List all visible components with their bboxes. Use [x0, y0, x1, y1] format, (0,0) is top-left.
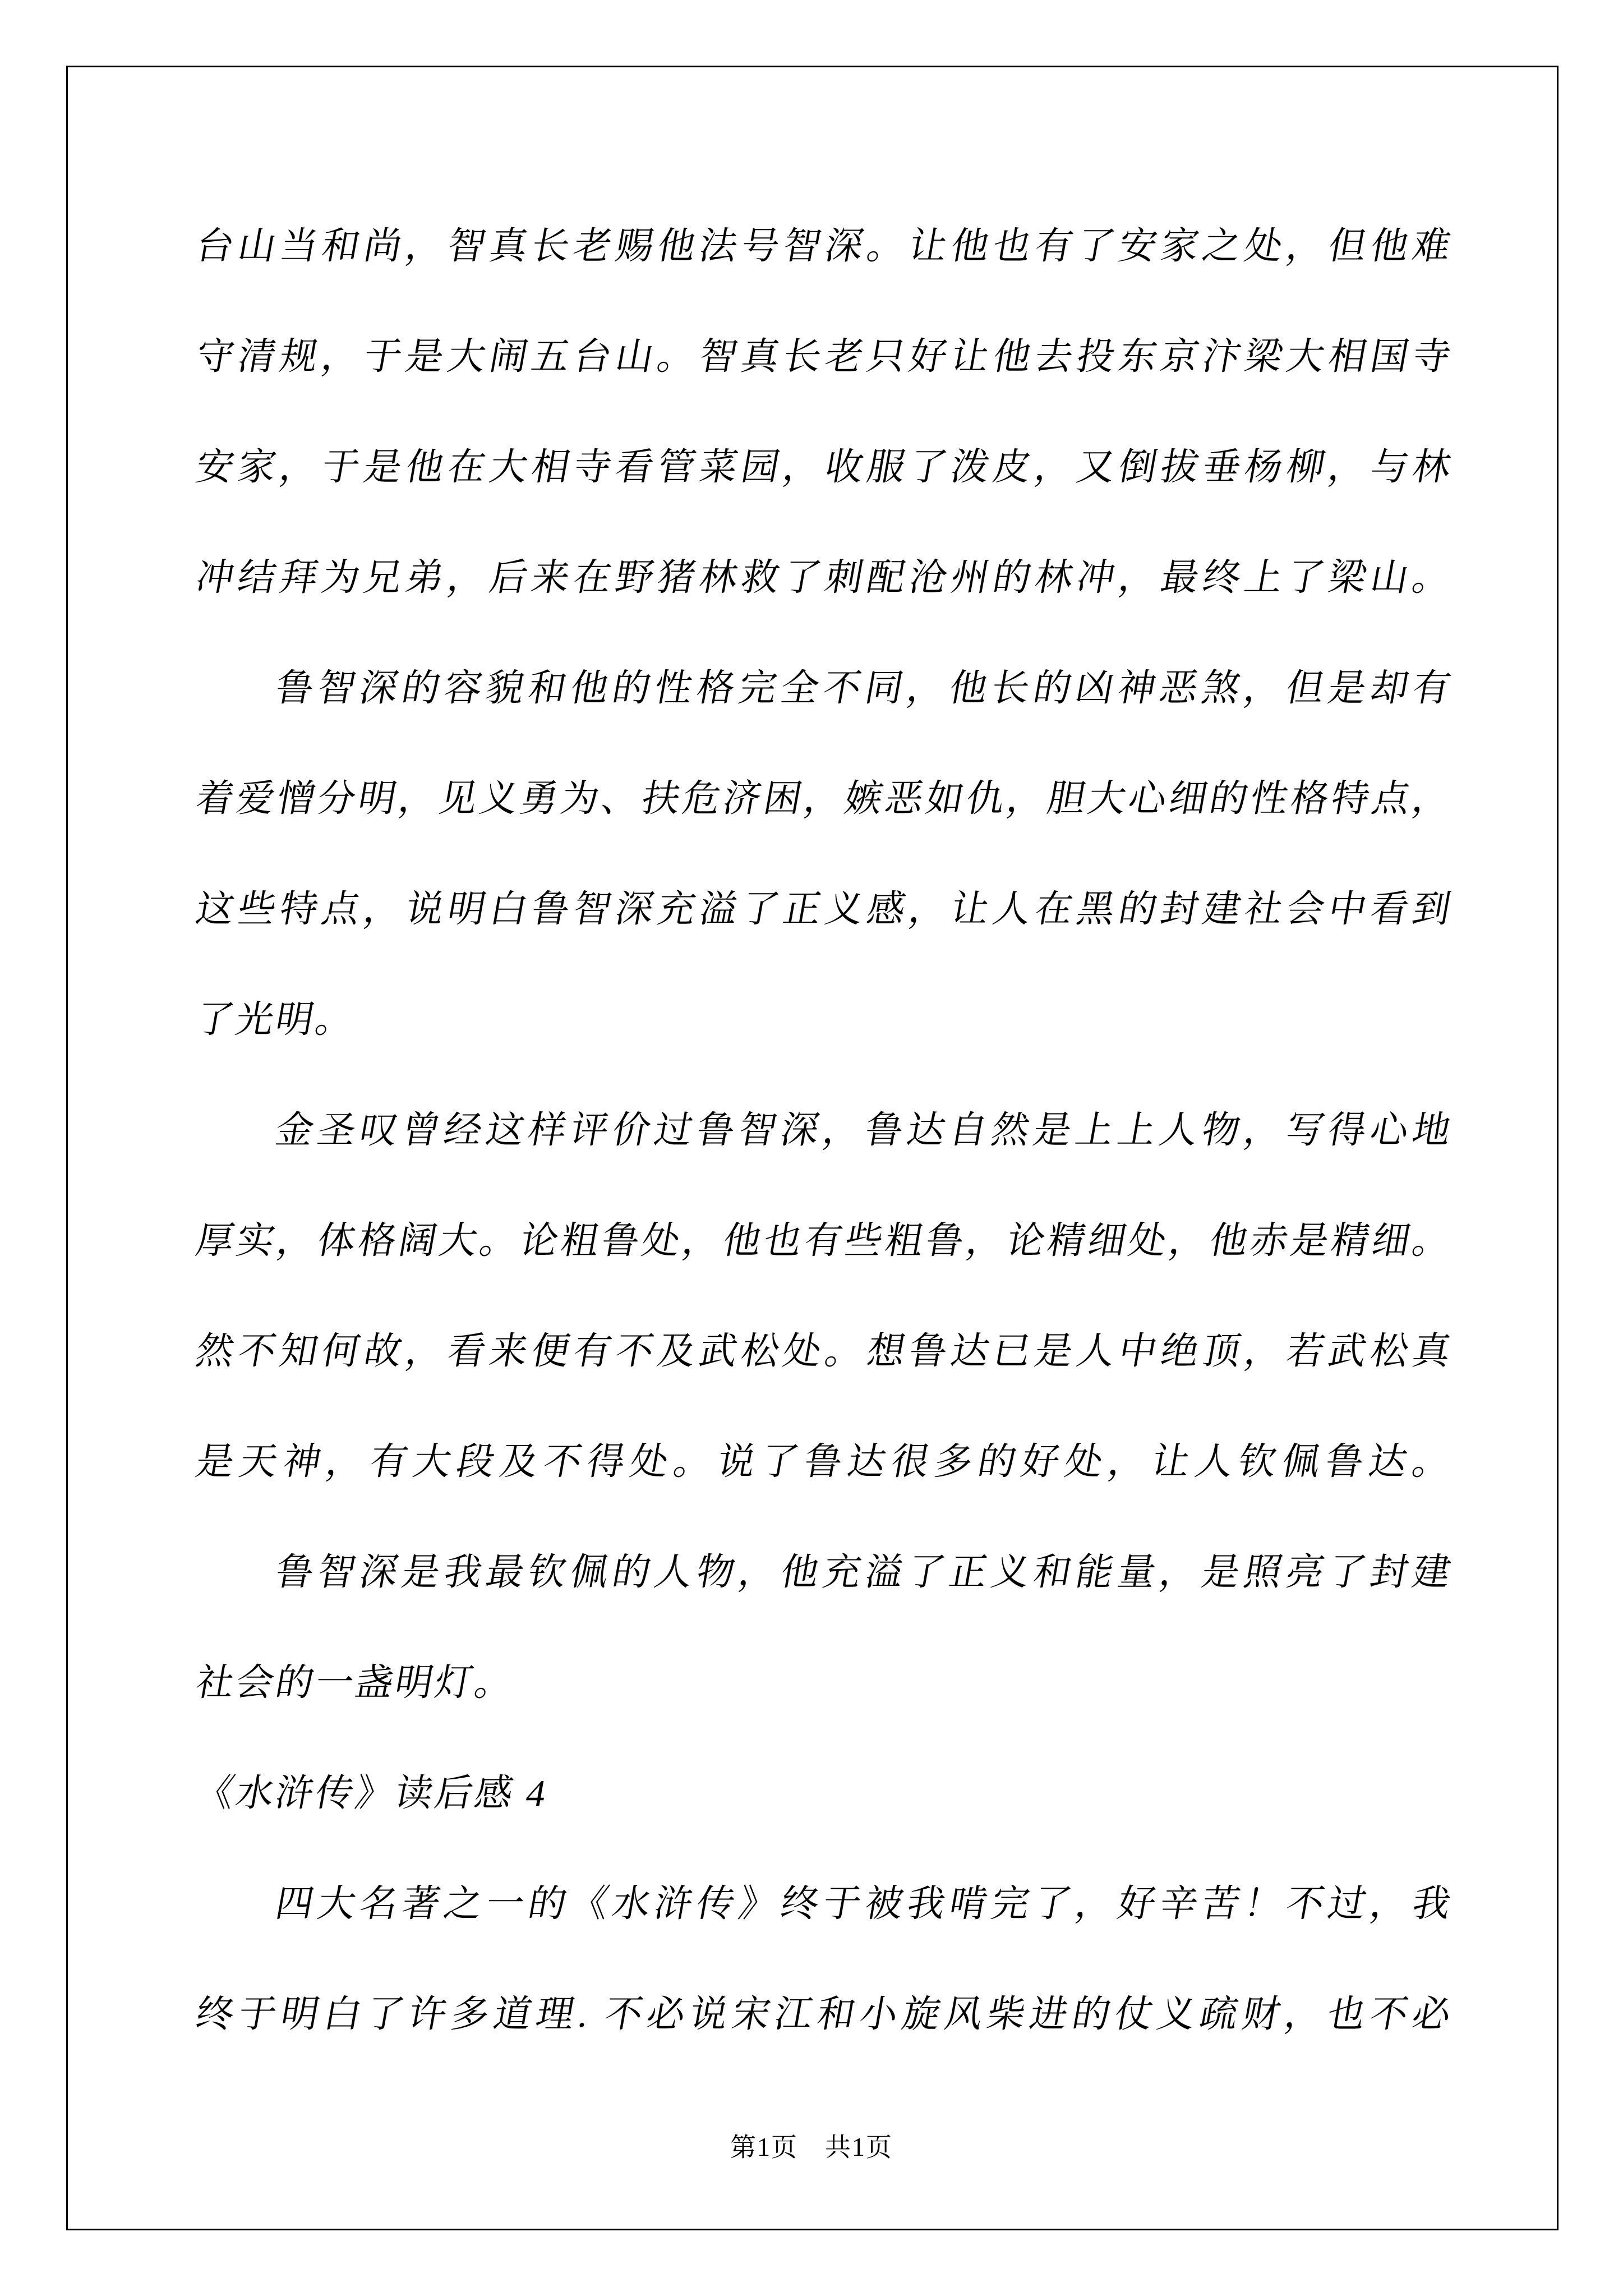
text-line: 安家，于是他在大相寺看管菜园，收服了泼皮，又倒拔垂杨柳，与林: [187, 412, 1463, 523]
text-line: 鲁智深的容貌和他的性格完全不同，他长的凶神恶煞，但是却有: [187, 633, 1463, 744]
text-line: 四大名著之一的《水浒传》终于被我啃完了，好辛苦！不过，我: [187, 1849, 1463, 1959]
text-line: 是天神，有大段及不得处。说了鲁达很多的好处，让人钦佩鲁达。: [187, 1407, 1463, 1517]
text-line: 这些特点，说明白鲁智深充溢了正义感，让人在黑的封建社会中看到: [187, 854, 1463, 965]
text-line: 终于明白了许多道理. 不必说宋江和小旋风柴进的仗义疏财，也不必: [187, 1959, 1463, 2070]
document-body: 台山当和尚，智真长老赐他法号智深。让他也有了安家之处，但他难 守清规，于是大闹五…: [196, 191, 1453, 2070]
text-line: 台山当和尚，智真长老赐他法号智深。让他也有了安家之处，但他难: [187, 191, 1463, 302]
text-line: 社会的一盏明灯。: [187, 1628, 1463, 1738]
text-line: 冲结拜为兄弟，后来在野猪林救了刺配沧州的林冲，最终上了梁山。: [187, 523, 1463, 633]
text-line: 厚实，体格阔大。论粗鲁处，他也有些粗鲁，论精细处，他赤是精细。: [187, 1186, 1463, 1296]
document-page: 台山当和尚，智真长老赐他法号智深。让他也有了安家之处，但他难 守清规，于是大闹五…: [0, 0, 1623, 2296]
text-line: 金圣叹曾经这样评价过鲁智深，鲁达自然是上上人物，写得心地: [187, 1075, 1463, 1186]
text-line: 着爱憎分明，见义勇为、扶危济困，嫉恶如仇，胆大心细的性格特点，: [187, 744, 1463, 854]
text-line: 然不知何故，看来便有不及武松处。想鲁达已是人中绝顶，若武松真: [187, 1296, 1463, 1407]
text-line: 鲁智深是我最钦佩的人物，他充溢了正义和能量，是照亮了封建: [187, 1517, 1463, 1628]
text-line: 了光明。: [187, 965, 1463, 1075]
text-line: 守清规，于是大闹五台山。智真长老只好让他去投东京汴梁大相国寺: [187, 302, 1463, 412]
section-heading: 《水浒传》读后感 4: [187, 1738, 1463, 1849]
page-number-footer: 第1页 共1页: [0, 2125, 1623, 2170]
